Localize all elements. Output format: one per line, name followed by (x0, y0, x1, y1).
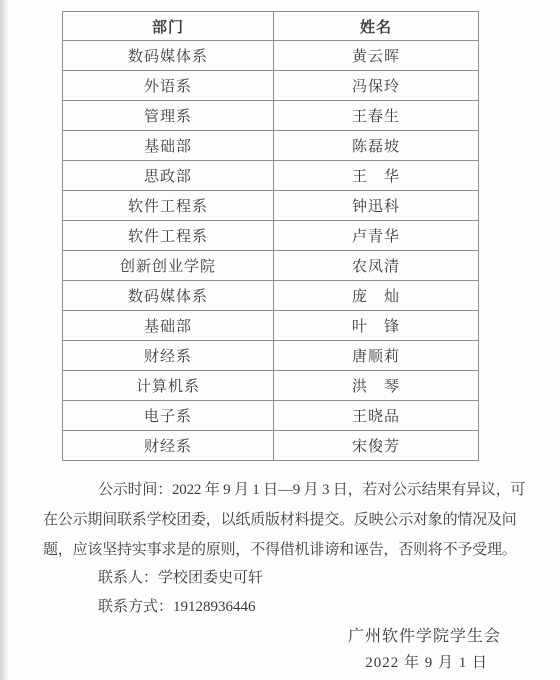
cell-department: 基础部 (63, 311, 274, 341)
cell-department: 财经系 (63, 341, 274, 371)
table-row: 外语系冯保玲 (63, 71, 479, 101)
cell-name: 冯保玲 (274, 71, 479, 101)
cell-department: 软件工程系 (63, 191, 274, 221)
cell-department: 创新创业学院 (63, 251, 274, 281)
cell-name: 洪 琴 (274, 371, 479, 401)
header-department: 部门 (63, 12, 274, 41)
notice-paragraph: 公示时间：2022 年 9 月 1 日—9 月 3 日，若对公示结果有异议，可 … (43, 478, 521, 568)
table-row: 基础部陈磊坡 (63, 131, 479, 161)
header-name: 姓名 (274, 12, 479, 41)
cell-name: 王春生 (274, 101, 479, 131)
table-row: 软件工程系卢青华 (63, 221, 479, 251)
cell-department: 基础部 (63, 131, 274, 161)
scan-edge-shadow (0, 0, 9, 680)
document-page: 部门 姓名 数码媒体系黄云晖外语系冯保玲管理系王春生基础部陈磊坡思政部王 华软件… (0, 0, 560, 680)
table-row: 基础部叶 锋 (63, 311, 479, 341)
cell-department: 财经系 (63, 431, 274, 461)
cell-name: 叶 锋 (274, 311, 479, 341)
signature-date: 2022 年 9 月 1 日 (365, 651, 488, 672)
cell-name: 钟迅科 (274, 191, 479, 221)
cell-name: 庞 灿 (274, 281, 479, 311)
table-row: 计算机系洪 琴 (63, 371, 479, 401)
table-row: 创新创业学院农凤清 (63, 251, 479, 281)
cell-name: 陈磊坡 (274, 131, 479, 161)
cell-department: 数码媒体系 (63, 281, 274, 311)
roster-table: 部门 姓名 数码媒体系黄云晖外语系冯保玲管理系王春生基础部陈磊坡思政部王 华软件… (62, 11, 479, 461)
cell-department: 数码媒体系 (63, 41, 274, 71)
signature-organization: 广州软件学院学生会 (348, 623, 501, 646)
notice-line-2: 在公示期间联系学校团委，以纸质版材料提交。反映公示对象的情况及问 (43, 508, 521, 538)
cell-name: 王晓品 (274, 401, 479, 431)
contact-person: 联系人：学校团委史可轩 (98, 566, 263, 587)
table-row: 电子系王晓品 (63, 401, 479, 431)
cell-name: 卢青华 (274, 221, 479, 251)
table-header-row: 部门 姓名 (63, 12, 479, 41)
table-row: 财经系宋俊芳 (63, 431, 479, 461)
notice-line-3: 题，应该坚持实事求是的原则，不得借机诽谤和诬告，否则将不予受理。 (43, 538, 521, 568)
table-row: 数码媒体系庞 灿 (63, 281, 479, 311)
cell-department: 管理系 (63, 101, 274, 131)
table-row: 思政部王 华 (63, 161, 479, 191)
contact-method: 联系方式：19128936446 (98, 595, 256, 616)
cell-name: 黄云晖 (274, 41, 479, 71)
table-row: 管理系王春生 (63, 101, 479, 131)
cell-department: 计算机系 (63, 371, 274, 401)
cell-name: 王 华 (274, 161, 479, 191)
cell-department: 软件工程系 (63, 221, 274, 251)
table-row: 数码媒体系黄云晖 (63, 41, 479, 71)
notice-line-1: 公示时间：2022 年 9 月 1 日—9 月 3 日，若对公示结果有异议，可 (43, 478, 521, 508)
cell-department: 思政部 (63, 161, 274, 191)
cell-department: 外语系 (63, 71, 274, 101)
table-row: 财经系唐顺莉 (63, 341, 479, 371)
table-row: 软件工程系钟迅科 (63, 191, 479, 221)
cell-name: 宋俊芳 (274, 431, 479, 461)
cell-name: 农凤清 (274, 251, 479, 281)
cell-department: 电子系 (63, 401, 274, 431)
cell-name: 唐顺莉 (274, 341, 479, 371)
roster-table-body: 数码媒体系黄云晖外语系冯保玲管理系王春生基础部陈磊坡思政部王 华软件工程系钟迅科… (63, 41, 479, 461)
